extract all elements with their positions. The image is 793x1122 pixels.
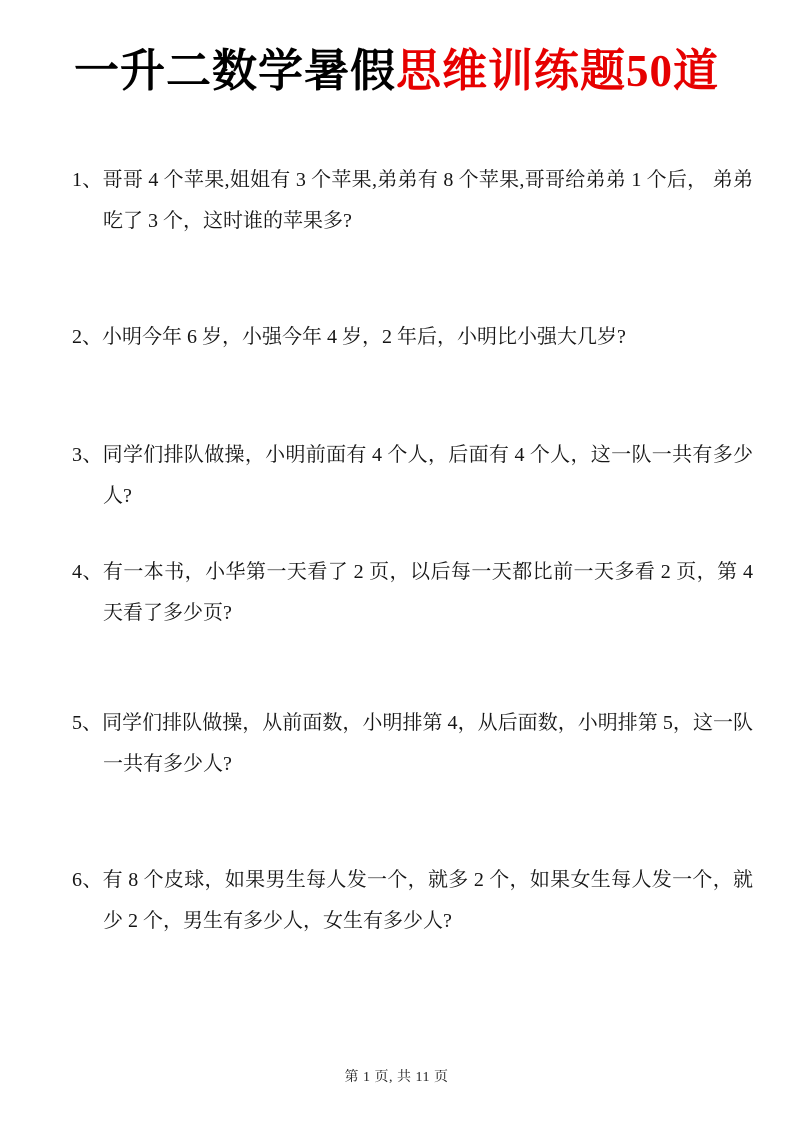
question-4-number: 4、 — [72, 561, 103, 583]
question-6-number: 6、 — [72, 869, 103, 891]
question-2-number: 2、 — [72, 326, 102, 348]
question-3: 3、同学们排队做操，小明前面有 4 个人，后面有 4 个人，这一队一共有多少人? — [72, 435, 753, 517]
title-black-text: 一升二数学暑假 — [74, 46, 396, 96]
question-1-number: 1、 — [72, 169, 103, 191]
question-4: 4、有一本书，小华第一天看了 2 页，以后每一天都比前一天多看 2 页，第 4 … — [72, 552, 753, 634]
question-5: 5、同学们排队做操，从前面数，小明排第 4，从后面数，小明排第 5，这一队一共有… — [72, 703, 753, 785]
title-red-text: 思维训练题50道 — [396, 46, 719, 96]
question-2: 2、小明今年 6 岁，小强今年 4 岁，2 年后，小明比小强大几岁? — [72, 317, 753, 358]
question-1-text: 哥哥 4 个苹果,姐姐有 3 个苹果,弟弟有 8 个苹果,哥哥给弟弟 1 个后，… — [103, 169, 753, 232]
worksheet-page: 一升二数学暑假思维训练题50道 1、哥哥 4 个苹果,姐姐有 3 个苹果,弟弟有… — [0, 0, 793, 1122]
page-number-text: 第 1 页, 共 11 页 — [345, 1070, 449, 1085]
question-2-text: 小明今年 6 岁，小强今年 4 岁，2 年后，小明比小强大几岁? — [102, 326, 626, 348]
question-3-number: 3、 — [72, 444, 103, 466]
question-3-text: 同学们排队做操，小明前面有 4 个人，后面有 4 个人，这一队一共有多少人? — [103, 444, 753, 507]
question-6-text: 有 8 个皮球，如果男生每人发一个，就多 2 个，如果女生每人发一个，就少 2 … — [103, 869, 753, 932]
question-4-text: 有一本书，小华第一天看了 2 页，以后每一天都比前一天多看 2 页，第 4 天看… — [103, 561, 753, 624]
question-5-text: 同学们排队做操，从前面数，小明排第 4，从后面数，小明排第 5，这一队一共有多少… — [102, 712, 753, 775]
question-5-number: 5、 — [72, 712, 102, 734]
question-1: 1、哥哥 4 个苹果,姐姐有 3 个苹果,弟弟有 8 个苹果,哥哥给弟弟 1 个… — [72, 160, 753, 242]
question-6: 6、有 8 个皮球，如果男生每人发一个，就多 2 个，如果女生每人发一个，就少 … — [72, 860, 753, 942]
page-title: 一升二数学暑假思维训练题50道 — [0, 42, 793, 101]
page-footer: 第 1 页, 共 11 页 — [0, 1066, 793, 1086]
